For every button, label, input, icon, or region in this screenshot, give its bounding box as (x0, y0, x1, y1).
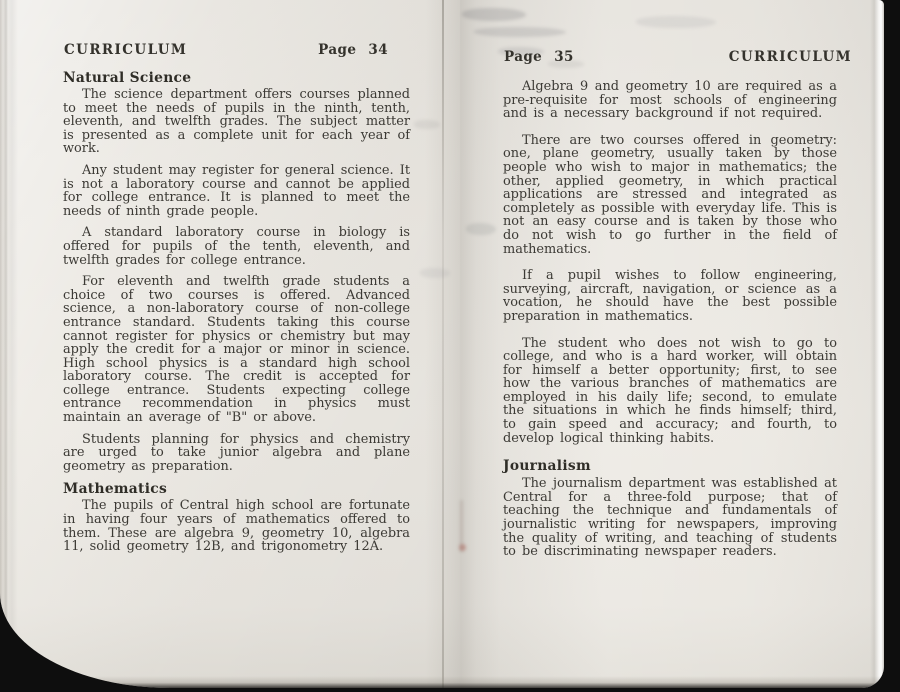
body-paragraph: The pupils of Central high school are fo… (63, 499, 410, 553)
scanner-background: CURRICULUM Page 34 Natural ScienceThe sc… (0, 0, 900, 692)
gutter-shadow (425, 0, 500, 688)
section-heading: Mathematics (63, 481, 410, 497)
body-paragraph: For eleventh and twelfth grade students … (63, 275, 410, 425)
page-number: Page 34 (318, 42, 388, 58)
body-paragraph: Algebra 9 and geometry 10 are required a… (503, 80, 837, 121)
page-bottom-edge-shadow (0, 676, 884, 688)
section-heading: Natural Science (63, 70, 410, 86)
body-paragraph: The journalism department was establishe… (503, 477, 837, 559)
section-heading: Journalism (503, 458, 837, 474)
page-34-body: Natural ScienceThe science department of… (63, 68, 410, 562)
body-paragraph: Any student may register for general sci… (63, 164, 410, 218)
page-edge-highlight-right (870, 0, 884, 688)
body-paragraph: The science department offers courses pl… (63, 88, 410, 156)
body-paragraph: The student who does not wish to go to c… (503, 337, 837, 446)
body-paragraph: There are two courses offered in geometr… (503, 134, 837, 256)
gutter-fold-crease (442, 0, 444, 688)
book-spread: CURRICULUM Page 34 Natural ScienceThe sc… (0, 0, 884, 688)
body-paragraph: Students planning for physics and chemis… (63, 433, 410, 474)
running-title: CURRICULUM (729, 49, 852, 65)
body-paragraph: A standard laboratory course in biology … (63, 226, 410, 267)
page-35-header: Page 35 CURRICULUM (504, 49, 852, 65)
page-number: Page 35 (504, 49, 574, 65)
body-paragraph: If a pupil wishes to follow engineering,… (503, 269, 837, 323)
page-34-header: CURRICULUM Page 34 (64, 42, 388, 58)
page-stack-edge-left (0, 0, 18, 688)
running-title: CURRICULUM (64, 42, 187, 58)
page-35-body: Algebra 9 and geometry 10 are required a… (503, 80, 837, 572)
